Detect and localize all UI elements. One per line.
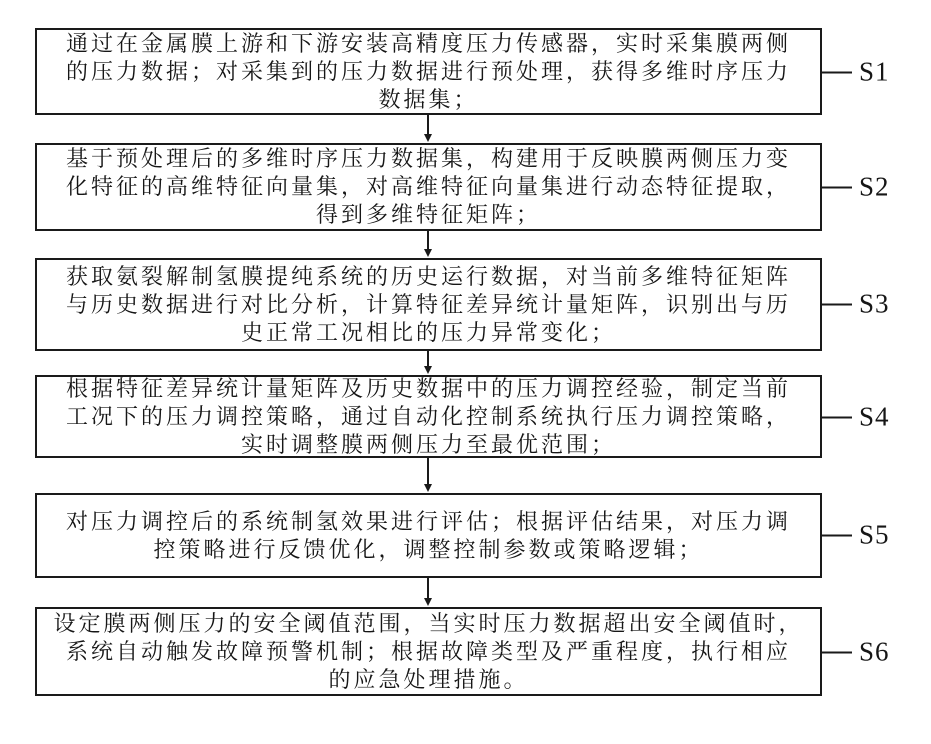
callout-line bbox=[822, 416, 852, 418]
step-label-s5: S5 bbox=[859, 520, 890, 551]
step-s5-box: 对压力调控后的系统制氢效果进行评估；根据评估结果，对压力调 控策略进行反馈优化，… bbox=[35, 493, 822, 578]
arrow-shaft bbox=[427, 115, 429, 136]
flowchart-figure: 通过在金属膜上游和下游安装高精度压力传感器，实时采集膜两侧 的压力数据；对采集到… bbox=[0, 0, 931, 744]
step-s6-text-line: 系统自动触发故障预警机制；根据故障类型及严重程度，执行相应 bbox=[66, 638, 791, 666]
step-s4-text-line: 根据特征差异统计量矩阵及历史数据中的压力调控经验，制定当前 bbox=[66, 375, 791, 403]
step-s4-callout: S4 bbox=[822, 402, 890, 433]
step-label-s4: S4 bbox=[859, 402, 890, 433]
step-s4-text-line: 工况下的压力调控策略，通过自动化控制系统执行压力调控策略， bbox=[66, 403, 791, 431]
step-label-s2: S2 bbox=[859, 172, 890, 203]
arrowhead-icon bbox=[424, 134, 432, 142]
arrowhead-icon bbox=[424, 249, 432, 257]
step-s3-callout: S3 bbox=[822, 289, 890, 320]
step-s2-text-line: 基于预处理后的多维时序压力数据集，构建用于反映膜两侧压力变 bbox=[66, 145, 791, 173]
step-s4-text-line: 实时调整膜两侧压力至最优范围； bbox=[241, 431, 616, 459]
callout-line bbox=[822, 71, 852, 73]
down-arrow bbox=[424, 458, 432, 492]
down-arrow bbox=[424, 351, 432, 374]
step-s1-text-line: 的压力数据；对采集到的压力数据进行预处理，获得多维时序压力 bbox=[66, 58, 791, 86]
down-arrow bbox=[424, 578, 432, 606]
step-s2-text-line: 化特征的高维特征向量集，对高维特征向量集进行动态特征提取， bbox=[66, 173, 791, 201]
step-label-s6: S6 bbox=[859, 637, 890, 668]
down-arrow bbox=[424, 231, 432, 257]
callout-line bbox=[822, 186, 852, 188]
step-s5-text-line: 控策略进行反馈优化，调整控制参数或策略逻辑； bbox=[153, 536, 703, 564]
step-s6-text-line: 的应急处理措施。 bbox=[328, 666, 528, 694]
callout-line bbox=[822, 651, 852, 653]
arrowhead-icon bbox=[424, 366, 432, 374]
arrow-shaft bbox=[427, 458, 429, 486]
step-s1-box: 通过在金属膜上游和下游安装高精度压力传感器，实时采集膜两侧 的压力数据；对采集到… bbox=[35, 28, 822, 115]
arrowhead-icon bbox=[424, 484, 432, 492]
step-s2-box: 基于预处理后的多维时序压力数据集，构建用于反映膜两侧压力变 化特征的高维特征向量… bbox=[35, 143, 822, 231]
step-label-s1: S1 bbox=[859, 57, 890, 88]
step-s1-text-line: 通过在金属膜上游和下游安装高精度压力传感器，实时采集膜两侧 bbox=[66, 30, 791, 58]
step-s3-text-line: 史正常工况相比的压力异常变化； bbox=[241, 319, 616, 347]
step-s1-callout: S1 bbox=[822, 57, 890, 88]
arrow-shaft bbox=[427, 578, 429, 600]
step-s5-text-line: 对压力调控后的系统制氢效果进行评估；根据评估结果，对压力调 bbox=[66, 508, 791, 536]
step-s2-text-line: 得到多维特征矩阵； bbox=[316, 201, 541, 229]
callout-line bbox=[822, 534, 852, 536]
step-s1-text-line: 数据集； bbox=[378, 86, 478, 114]
down-arrow bbox=[424, 115, 432, 142]
arrow-shaft bbox=[427, 231, 429, 251]
step-label-s3: S3 bbox=[859, 289, 890, 320]
step-s5-callout: S5 bbox=[822, 520, 890, 551]
arrowhead-icon bbox=[424, 598, 432, 606]
step-s6-callout: S6 bbox=[822, 637, 890, 668]
step-s3-text-line: 获取氨裂解制氢膜提纯系统的历史运行数据，对当前多维特征矩阵 bbox=[66, 263, 791, 291]
step-s3-box: 获取氨裂解制氢膜提纯系统的历史运行数据，对当前多维特征矩阵 与历史数据进行对比分… bbox=[35, 258, 822, 351]
step-s3-text-line: 与历史数据进行对比分析，计算特征差异统计量矩阵，识别出与历 bbox=[66, 291, 791, 319]
step-s6-text-line: 设定膜两侧压力的安全阈值范围，当实时压力数据超出安全阈值时， bbox=[53, 610, 803, 638]
step-s6-box: 设定膜两侧压力的安全阈值范围，当实时压力数据超出安全阈值时， 系统自动触发故障预… bbox=[35, 607, 822, 696]
step-s4-box: 根据特征差异统计量矩阵及历史数据中的压力调控经验，制定当前 工况下的压力调控策略… bbox=[35, 375, 822, 458]
step-s2-callout: S2 bbox=[822, 172, 890, 203]
callout-line bbox=[822, 303, 852, 305]
